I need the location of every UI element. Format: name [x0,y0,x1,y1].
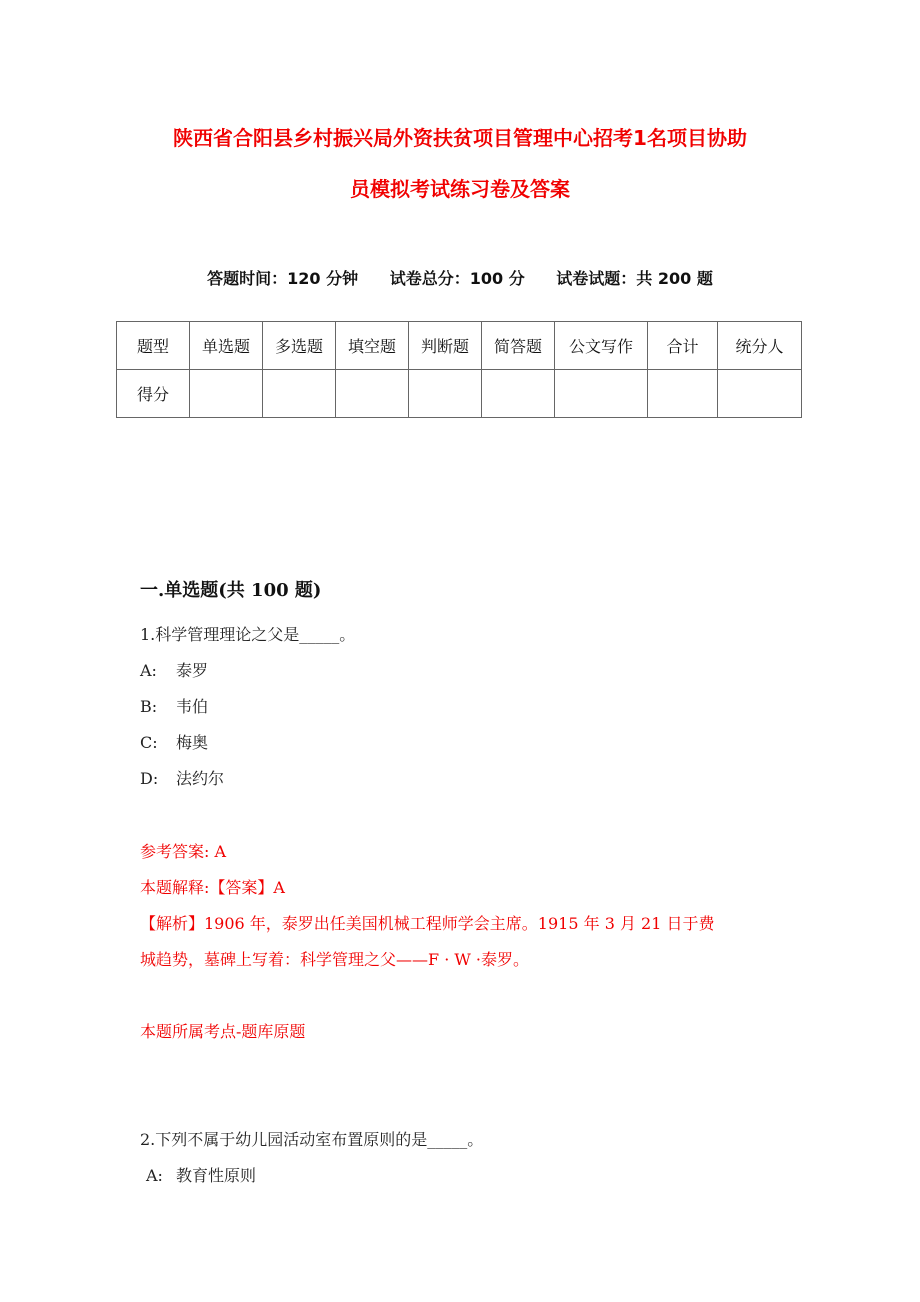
score-cell [648,370,718,418]
score-cell [482,370,555,418]
document-title-line-1: 陕西省合阳县乡村振兴局外资扶贫项目管理中心招考1名项目协助 [0,122,920,151]
option-letter: B: [140,697,176,716]
question-1-option-a: A:泰罗 [140,658,208,681]
option-text: 韦伯 [176,697,208,716]
score-table-header-row: 题型 单选题 多选题 填空题 判断题 简答题 公文写作 合计 统分人 [117,322,802,370]
question-2-stem: 2.下列不属于幼儿园活动室布置原则的是_____。 [140,1127,483,1150]
option-letter: D: [140,769,176,788]
header-cell: 简答题 [482,322,555,370]
option-letter: A: [140,661,176,680]
row-label: 得分 [117,370,190,418]
question-1-option-d: D:法约尔 [140,766,224,789]
option-text: 梅奥 [176,733,208,752]
exam-time: 答题时间：120 分钟 [207,269,358,288]
score-cell [409,370,482,418]
option-letter: A: [146,1166,176,1185]
score-cell [718,370,802,418]
option-text: 法约尔 [176,769,224,788]
score-cell [336,370,409,418]
header-cell: 公文写作 [555,322,648,370]
question-1-option-b: B:韦伯 [140,694,208,717]
exam-meta: 答题时间：120 分钟 试卷总分：100 分 试卷试题：共 200 题 [0,266,920,289]
score-table: 题型 单选题 多选题 填空题 判断题 简答题 公文写作 合计 统分人 得分 [116,321,802,418]
header-cell: 统分人 [718,322,802,370]
exam-question-count: 试卷试题：共 200 题 [556,269,713,288]
document-title-line-2: 员模拟考试练习卷及答案 [0,173,920,202]
question-1-explanation-head: 本题解释:【答案】A [140,875,285,898]
question-1-source: 本题所属考点-题库原题 [140,1019,305,1042]
option-text: 教育性原则 [176,1166,256,1185]
question-1-analysis-line-2: 城趋势，墓碑上写着：科学管理之父——F · W ·泰罗。 [140,947,529,970]
exam-total-score: 试卷总分：100 分 [390,269,525,288]
question-2-option-a: A:教育性原则 [146,1163,256,1186]
score-cell [555,370,648,418]
question-1-stem: 1.科学管理理论之父是_____。 [140,622,355,645]
header-cell: 单选题 [190,322,263,370]
header-cell: 填空题 [336,322,409,370]
header-cell: 多选题 [263,322,336,370]
score-cell [190,370,263,418]
score-cell [263,370,336,418]
option-letter: C: [140,733,176,752]
question-1-analysis-line-1: 【解析】1906 年，泰罗出任美国机械工程师学会主席。1915 年 3 月 21… [140,911,715,934]
option-text: 泰罗 [176,661,208,680]
question-1-answer: 参考答案: A [140,839,226,862]
section-title: 一.单选题(共 100 题) [140,576,321,602]
header-cell: 题型 [117,322,190,370]
question-1-option-c: C:梅奥 [140,730,208,753]
header-cell: 合计 [648,322,718,370]
header-cell: 判断题 [409,322,482,370]
score-table-score-row: 得分 [117,370,802,418]
